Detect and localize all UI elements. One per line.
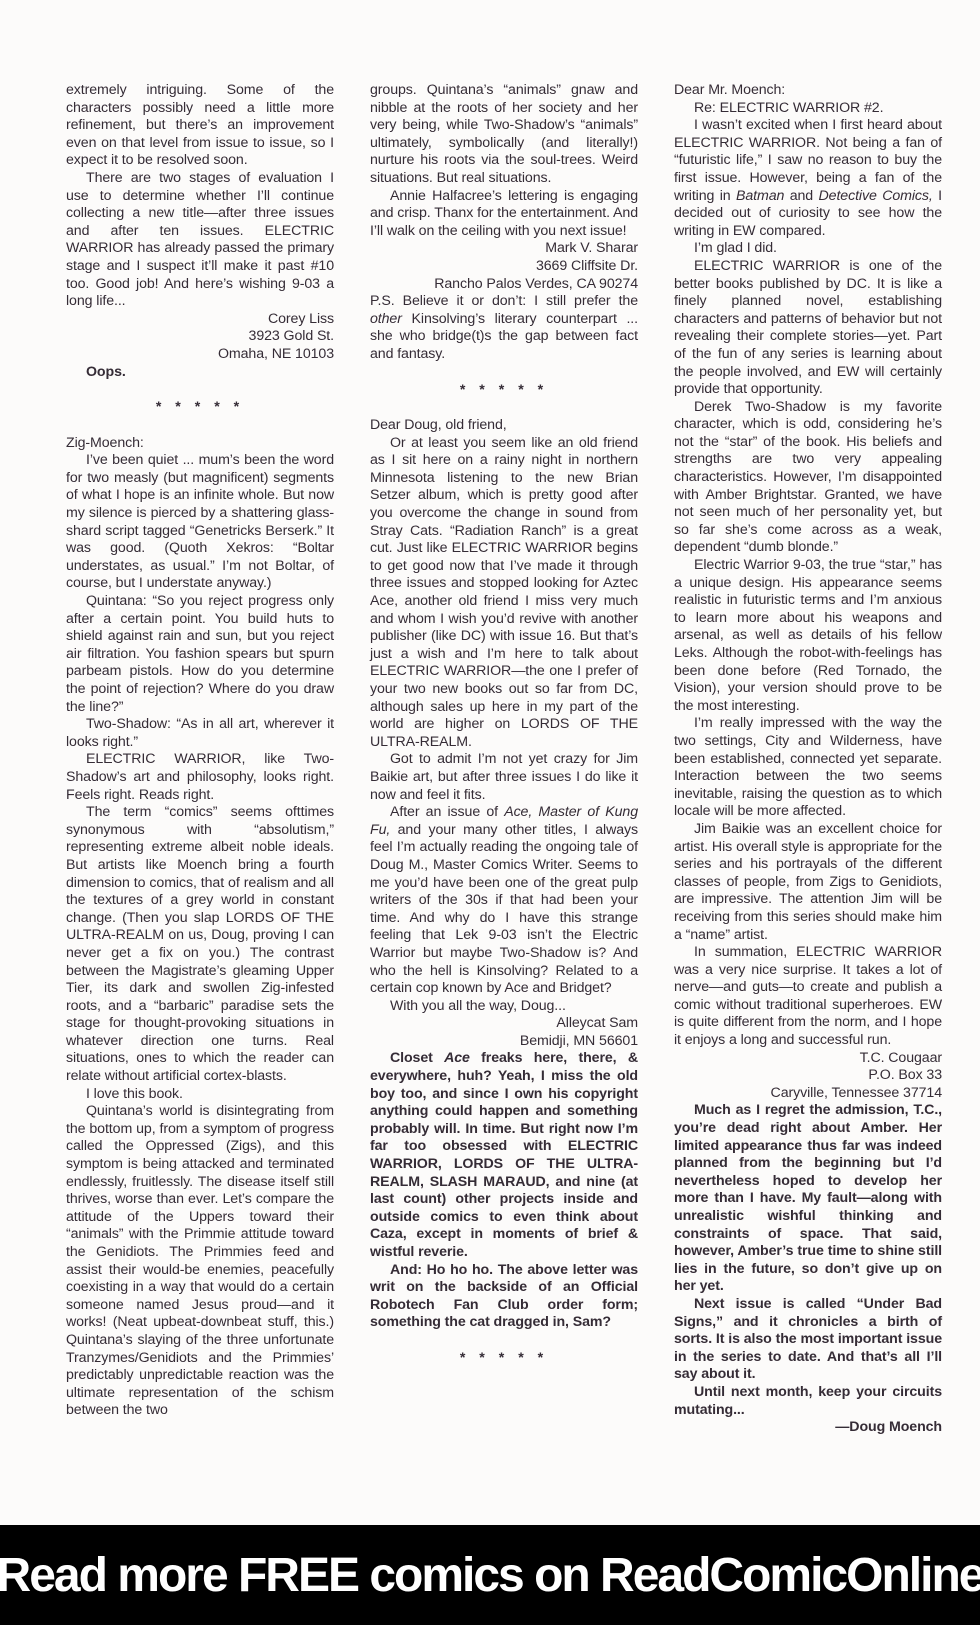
- letter-paragraph: ELECTRIC WARRIOR, like Two-Shadow’s art …: [66, 751, 334, 804]
- address-line: Bemidji, MN 56601: [370, 1033, 638, 1051]
- letter-paragraph: Re: ELECTRIC WARRIOR #2.: [674, 100, 942, 118]
- editor-reply-paragraph: Closet Ace freaks here, there, & everywh…: [370, 1050, 638, 1261]
- letter-paragraph: Two-Shadow: “As in all art, wherever it …: [66, 716, 334, 751]
- address-line: Corey Liss: [66, 311, 334, 329]
- address-line: Mark V. Sharar: [370, 240, 638, 258]
- letter-paragraph: Got to admit I’m not yet crazy for Jim B…: [370, 751, 638, 804]
- letter-paragraph: Quintana: “So you reject progress only a…: [66, 593, 334, 716]
- stars-separator: * * * * *: [370, 382, 638, 400]
- address-line: T.C. Cougaar: [674, 1050, 942, 1068]
- address-line: Caryville, Tennessee 37714: [674, 1085, 942, 1103]
- editor-reply-paragraph: Oops.: [66, 364, 334, 382]
- address-line: 3669 Cliffsite Dr.: [370, 258, 638, 276]
- editor-reply-paragraph: Until next month, keep your circuits mut…: [674, 1384, 942, 1419]
- letter-paragraph: Zig-Moench:: [66, 435, 334, 453]
- letter-paragraph: Quintana’s world is disintegrating from …: [66, 1103, 334, 1420]
- letter-paragraph: P.S. Believe it or don’t: I still prefer…: [370, 293, 638, 363]
- letter-paragraph: Jim Baikie was an excellent choice for a…: [674, 821, 942, 944]
- letter-paragraph: I’m glad I did.: [674, 240, 942, 258]
- column-2: groups. Quintana’s “animals” gnaw and ni…: [370, 82, 638, 1437]
- address-line: 3923 Gold St.: [66, 328, 334, 346]
- letter-paragraph: In summation, ELECTRIC WARRIOR was a ver…: [674, 944, 942, 1050]
- letter-paragraph: With you all the way, Doug...: [370, 998, 638, 1016]
- address-line: P.O. Box 33: [674, 1067, 942, 1085]
- column-3: Dear Mr. Moench:Re: ELECTRIC WARRIOR #2.…: [674, 82, 942, 1437]
- editor-reply-paragraph: Much as I regret the admission, T.C., yo…: [674, 1102, 942, 1296]
- editor-signature: —Doug Moench: [674, 1419, 942, 1437]
- letter-paragraph: There are two stages of evaluation I use…: [66, 170, 334, 311]
- column-1: extremely intriguing. Some of the charac…: [66, 82, 334, 1437]
- letter-paragraph: ELECTRIC WARRIOR is one of the better bo…: [674, 258, 942, 399]
- banner-text: Read more FREE comics on ReadComicOnline: [0, 1548, 980, 1603]
- letters-page: extremely intriguing. Some of the charac…: [0, 0, 980, 1625]
- readcomiconline-banner: Read more FREE comics on ReadComicOnline: [0, 1525, 980, 1625]
- letter-paragraph: After an issue of Ace, Master of Kung Fu…: [370, 804, 638, 998]
- letters-columns: extremely intriguing. Some of the charac…: [66, 82, 942, 1437]
- letter-paragraph: I’ve been quiet ... mum’s been the word …: [66, 452, 334, 593]
- address-line: Rancho Palos Verdes, CA 90274: [370, 276, 638, 294]
- letter-paragraph: Or at least you seem like an old friend …: [370, 435, 638, 752]
- editor-reply-paragraph: And: Ho ho ho. The above letter was writ…: [370, 1262, 638, 1332]
- address-line: Omaha, NE 10103: [66, 346, 334, 364]
- editor-reply-paragraph: Next issue is called “Under Bad Signs,” …: [674, 1296, 942, 1384]
- address-line: Alleycat Sam: [370, 1015, 638, 1033]
- letter-paragraph: groups. Quintana’s “animals” gnaw and ni…: [370, 82, 638, 188]
- letter-paragraph: Dear Mr. Moench:: [674, 82, 942, 100]
- letter-paragraph: extremely intriguing. Some of the charac…: [66, 82, 334, 170]
- letter-paragraph: Annie Halfacree’s lettering is engaging …: [370, 188, 638, 241]
- letter-paragraph: The term “comics” seems ofttimes synonym…: [66, 804, 334, 1086]
- letter-paragraph: Derek Two-Shadow is my favorite characte…: [674, 399, 942, 557]
- letter-paragraph: Electric Warrior 9-03, the true “star,” …: [674, 557, 942, 715]
- letter-paragraph: I wasn’t excited when I first heard abou…: [674, 117, 942, 240]
- stars-separator: * * * * *: [66, 399, 334, 417]
- letter-paragraph: Dear Doug, old friend,: [370, 417, 638, 435]
- stars-separator: * * * * *: [370, 1350, 638, 1368]
- letter-paragraph: I’m really impressed with the way the tw…: [674, 715, 942, 821]
- letter-paragraph: I love this book.: [66, 1086, 334, 1104]
